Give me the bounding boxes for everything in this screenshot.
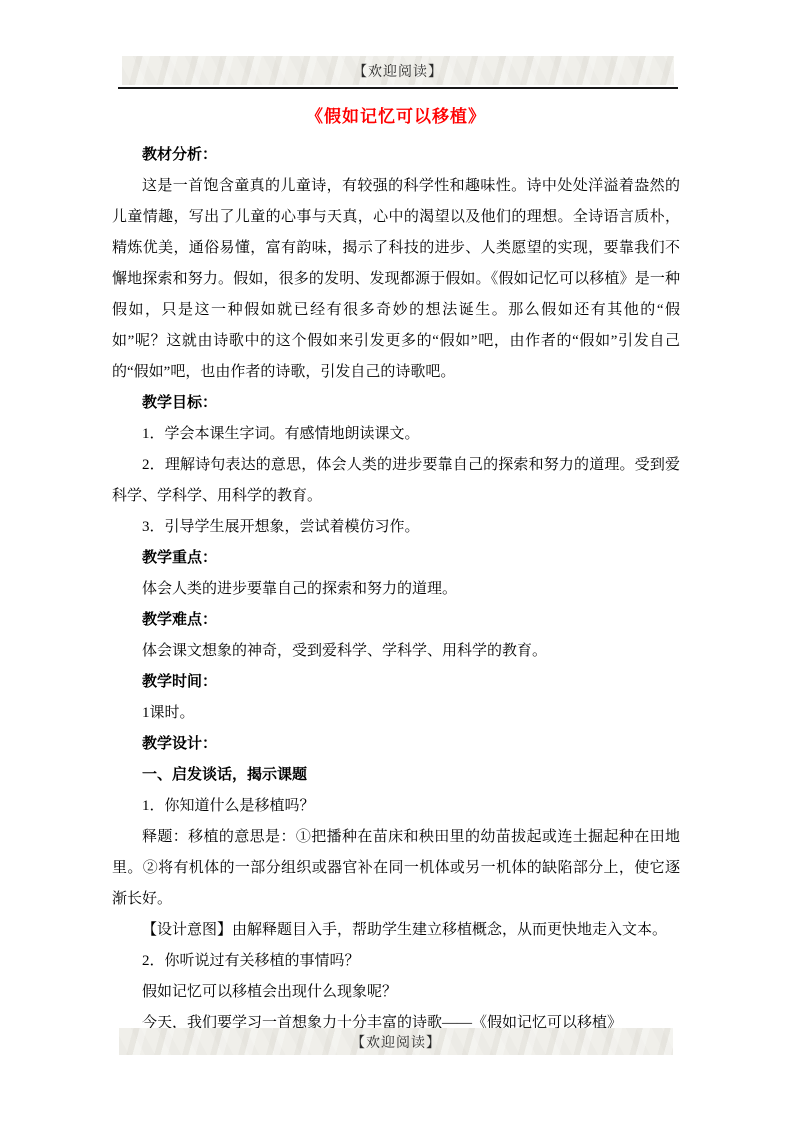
- paragraph: 体会课文想象的神奇，受到爱科学、学科学、用科学的教育。: [112, 636, 680, 667]
- paragraph: 3．引导学生展开想象，尝试着模仿习作。: [112, 512, 680, 543]
- paragraph: 这是一首饱含童真的儿童诗，有较强的科学性和趣味性。诗中处处洋溢着盎然的儿童情趣，…: [112, 171, 680, 388]
- header-banner-text: 【欢迎阅读】: [353, 61, 443, 81]
- paragraph: 【设计意图】由解释题目入手，帮助学生建立移植概念，从而更快地走入文本。: [112, 915, 680, 946]
- section-heading: 教学难点：: [112, 605, 680, 636]
- paragraph: 假如记忆可以移植会出现什么现象呢？: [112, 977, 680, 1008]
- section-heading: 教学目标：: [112, 388, 680, 419]
- section-heading: 教学设计：: [112, 729, 680, 760]
- section-heading: 教学时间：: [112, 667, 680, 698]
- document-title: 《假如记忆可以移植》: [112, 102, 680, 127]
- document-page: 【欢迎阅读】 《假如记忆可以移植》 教材分析：这是一首饱含童真的儿童诗，有较强的…: [0, 0, 794, 1123]
- paragraph: 1．你知道什么是移植吗？: [112, 791, 680, 822]
- paragraph: 体会人类的进步要靠自己的探索和努力的道理。: [112, 574, 680, 605]
- paragraph: 1．学会本课生字词。有感情地朗读课文。: [112, 419, 680, 450]
- section-heading: 一、启发谈话，揭示课题: [112, 760, 680, 791]
- paragraph: 1课时。: [112, 698, 680, 729]
- header-divider-line: [118, 87, 678, 89]
- header-banner: 【欢迎阅读】: [122, 56, 674, 85]
- section-heading: 教材分析：: [112, 140, 680, 171]
- footer-banner-text: 【欢迎阅读】: [351, 1032, 441, 1052]
- footer-banner: 【欢迎阅读】: [119, 1028, 673, 1055]
- paragraph: 释题：移植的意思是：①把播种在苗床和秧田里的幼苗拔起或连土掘起种在田地里。②将有…: [112, 822, 680, 915]
- section-heading: 教学重点：: [112, 543, 680, 574]
- paragraph: 2．理解诗句表达的意思，体会人类的进步要靠自己的探索和努力的道理。受到爱科学、学…: [112, 450, 680, 512]
- paragraph: 2．你听说过有关移植的事情吗？: [112, 946, 680, 977]
- document-body: 教材分析：这是一首饱含童真的儿童诗，有较强的科学性和趣味性。诗中处处洋溢着盎然的…: [112, 140, 680, 1039]
